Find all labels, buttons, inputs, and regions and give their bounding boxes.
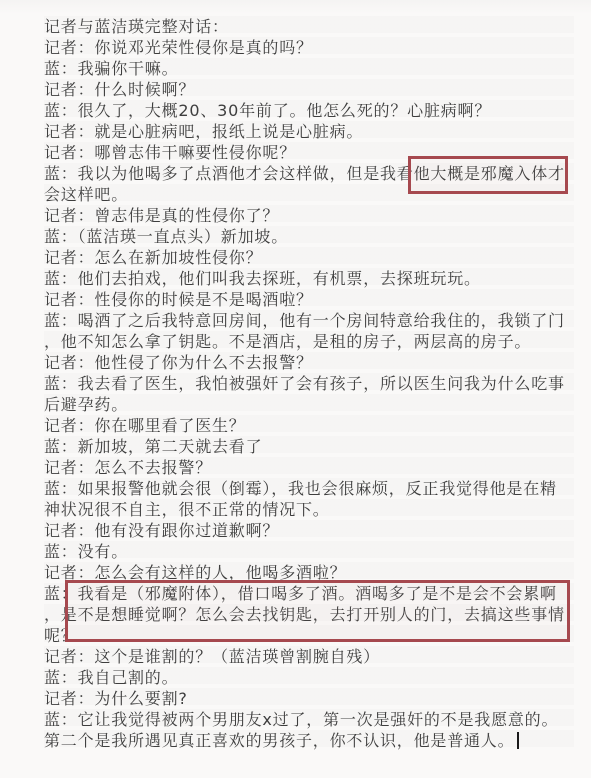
dialog-line: 记者：就是心脏病吧，报纸上说是心脏病。	[44, 121, 574, 142]
dialog-line: 第二个是我所遇见真正喜欢的男孩子，你不认识，他是普通人。	[44, 730, 574, 751]
dialog-line: 呢？	[44, 625, 574, 646]
dialog-line: 记者：性侵你的时候是不是喝酒啦？	[44, 289, 574, 310]
dialog-line: 蓝：（蓝洁瑛一直点头）新加坡。	[44, 226, 574, 247]
dialog-line: 记者：怎么不去报警？	[44, 457, 574, 478]
dialog-line: 蓝：很久了，大概20、30年前了。他怎么死的？心脏病啊？	[44, 100, 574, 121]
dialog-line: 蓝：我看是（邪魔附体），借口喝多了酒。酒喝多了是不是会不会累啊	[44, 583, 574, 604]
dialog-line: ，他不知怎么拿了钥匙。不是酒店，是租的房子，两层高的房子。	[44, 331, 574, 352]
dialog-line: 神状况很不自主，很不正常的情况下。	[44, 499, 574, 520]
page: 记者与蓝洁瑛完整对话：记者：你说邓光荣性侵你是真的吗？蓝：我骗你干嘛。记者：什么…	[0, 0, 591, 778]
dialog-line: 记者：曾志伟是真的性侵你了？	[44, 205, 574, 226]
dialog-line: 记者：他性侵了你为什么不去报警？	[44, 352, 574, 373]
dialog-line: 蓝：我以为他喝多了点酒他才会这样做，但是我看他大概是邪魔入体才	[44, 163, 574, 184]
dialog-text[interactable]: 记者与蓝洁瑛完整对话：记者：你说邓光荣性侵你是真的吗？蓝：我骗你干嘛。记者：什么…	[44, 16, 574, 751]
dialog-line: 蓝：他们去拍戏，他们叫我去探班，有机票，去探班玩玩。	[44, 268, 574, 289]
dialog-line: ，是不是想睡觉啊？怎么会去找钥匙，去打开别人的门，去搞这些事情	[44, 604, 574, 625]
dialog-line: 蓝：新加坡，第二天就去看了	[44, 436, 574, 457]
dialog-line: 记者：你在哪里看了医生？	[44, 415, 574, 436]
dialog-line: 记者：你说邓光荣性侵你是真的吗？	[44, 37, 574, 58]
dialog-line: 记者：怎么会有这样的人，他喝多酒啦？	[44, 562, 574, 583]
text-caret	[517, 732, 519, 749]
dialog-line: 记者：他有没有跟你过道歉啊？	[44, 520, 574, 541]
dialog-line: 记者：为什么要割?	[44, 688, 574, 709]
dialog-line: 记者：什么时候啊？	[44, 79, 574, 100]
dialog-line: 记者：怎么在新加坡性侵你？	[44, 247, 574, 268]
dialog-line: 后避孕药。	[44, 394, 574, 415]
dialog-line: 会这样吧。	[44, 184, 574, 205]
dialog-line: 蓝：我骗你干嘛。	[44, 58, 574, 79]
dialog-line: 记者：这个是谁割的？（蓝洁瑛曾割腕自残）	[44, 646, 574, 667]
dialog-line: 记者：哪曾志伟干嘛要性侵你呢？	[44, 142, 574, 163]
dialog-line: 蓝：我去看了医生，我怕被强奸了会有孩子，所以医生问我为什么吃事	[44, 373, 574, 394]
dialog-title-line: 记者与蓝洁瑛完整对话：	[44, 16, 574, 37]
dialog-line: 蓝：我自己割的。	[44, 667, 574, 688]
dialog-line: 蓝：没有。	[44, 541, 574, 562]
dialog-line: 蓝：它让我觉得被两个男朋友x过了，第一次是强奸的不是我愿意的。	[44, 709, 574, 730]
dialog-line: 蓝：喝酒了之后我特意回房间，他有一个房间特意给我住的，我锁了门	[44, 310, 574, 331]
dialog-line: 蓝：如果报警他就会很（倒霉），我也会很麻烦，反正我觉得他是在精	[44, 478, 574, 499]
